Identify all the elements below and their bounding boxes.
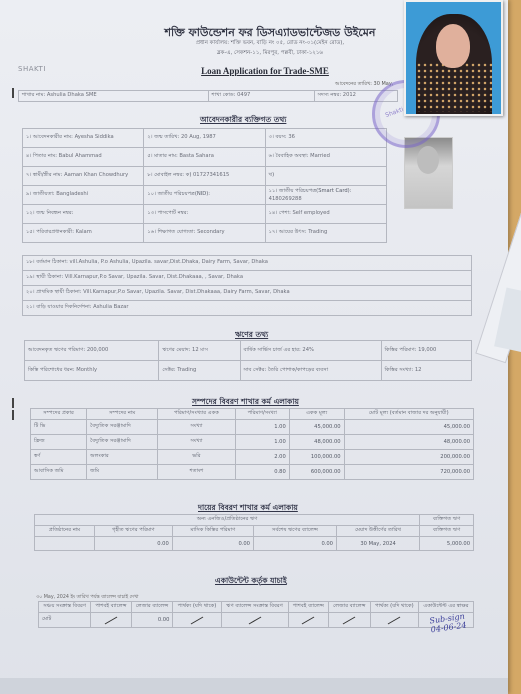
liabilities-table: অন্য এনজিও/প্রতিষ্ঠানের ঋণব্যক্তিগত ঋণপ্… [34, 514, 474, 551]
field-label: ১৪। পেশা: [269, 210, 293, 216]
check-cell [288, 613, 328, 628]
field-value: Babul Ahammad [59, 153, 102, 159]
table-row: ১৮। বর্তমান ঠিকানা: vill.Ashulia, P.o As… [23, 256, 472, 271]
personal-field: ৬। বৈবাহিক অবস্থা: Married [265, 148, 386, 167]
address-field: ২১। বাড়ি যাওয়ার দিকনির্দেশনা: Ashulia … [23, 301, 472, 316]
field-label: ১৫। পরিবারপ্রধানকারী: [26, 229, 76, 235]
column-header: ঋণ ব্যালেন্স সংক্রান্ত বিবরণ [221, 602, 288, 613]
personal-field: ৪। পিতার নাম: Babul Ahammad [23, 148, 144, 167]
field-label: সেক্টর: [162, 367, 177, 373]
member-no-label: সদস্য নম্বর: [318, 92, 342, 98]
personal-field: ২। জন্ম তারিখ: 20 Aug, 1987 [144, 129, 265, 148]
field-value: Aaman Khan Chowdhury [64, 172, 128, 178]
assets-table: সম্পদের প্রকারসম্পদের নামপরিমাণ/সংখ্যার … [30, 408, 474, 480]
check-cell [91, 613, 131, 628]
table-header-row: সঞ্চয় সংক্রান্ত বিবরণপাশবই ব্যালেন্সলেজ… [39, 602, 474, 613]
branch-name: Ashulia Dhaka SME [47, 92, 97, 98]
column-header: সঞ্চয় সংক্রান্ত বিবরণ [39, 602, 91, 613]
table-row: স্বর্ণঅলংকারভরি2.00100,000.00200,000.00 [31, 450, 474, 465]
field-label: ১। আবেদনকারীর নাম: [26, 134, 75, 140]
table-row: ১২। জন্ম নিবন্ধন নম্বর: ১৩। পাসপোর্ট নম্… [23, 205, 387, 224]
field-value: Vill.Karnapur,P.o Savar, Upazila. Savar,… [65, 274, 243, 280]
field-label: কিস্তির সংখ্যা: [385, 367, 415, 373]
table-row: কিস্তি পরিশোধের ধরন: Monthlyসেক্টর: Trad… [25, 361, 472, 381]
personal-field: ১৫। পরিবারপ্রধানকারী: Kalam [23, 224, 144, 243]
field-value: Basta Sahara [179, 153, 214, 159]
field-value: 24% [302, 347, 314, 353]
total-row: মোট0.00 [39, 613, 474, 628]
field-label: ২। জন্ম তারিখ: [147, 134, 181, 140]
asset-cell: অলংকার [87, 450, 158, 465]
table-header-row: সম্পদের প্রকারসম্পদের নামপরিমাণ/সংখ্যার … [31, 409, 474, 420]
tick-mark [388, 617, 401, 625]
column-header: সম্পদের নাম [87, 409, 158, 420]
table-row: ৪। পিতার নাম: Babul Ahammad৫। মাতার নাম:… [23, 148, 387, 167]
field-label: ২১। বাড়ি যাওয়ার দিকনির্দেশনা: [26, 304, 93, 310]
asset-cell: ভরি [158, 450, 235, 465]
asset-cell: 200,000.00 [344, 450, 473, 465]
table-group-row: অন্য এনজিও/প্রতিষ্ঠানের ঋণব্যক্তিগত ঋণ [35, 515, 474, 526]
asset-cell: বৈদ্যুতিক সরঞ্জামাদি [87, 420, 158, 435]
accountant-check-table: সঞ্চয় সংক্রান্ত বিবরণপাশবই ব্যালেন্সলেজ… [38, 601, 474, 628]
personal-info-title: আবেদনকারীর ব্যক্তিগত তথ্য [200, 115, 286, 127]
field-label: ৯। জাতীয়তা: [26, 191, 56, 197]
field-value: Trading [308, 229, 327, 235]
field-label: কিস্তির পরিমাণ: [385, 347, 419, 353]
field-label: খ) [269, 172, 274, 178]
column-header: মোট মূল্য (বর্তমান বাজার দর অনুযায়ী) [344, 409, 473, 420]
loan-field: কিস্তি পরিশোধের ধরন: Monthly [25, 361, 159, 381]
branch-info-table: শাখার নাম: Ashulia Dhaka SME শাখা কোড: 0… [18, 90, 398, 102]
field-label: আবেদনকৃত ঋণের পরিমাণ: [28, 347, 87, 353]
asset-cell: জমি [87, 465, 158, 480]
column-header: লেজার ব্যালেন্স [131, 602, 173, 613]
loan-field: কিস্তির সংখ্যা: 12 [381, 361, 472, 381]
asset-cell: 2.00 [235, 450, 289, 465]
column-header: সম্পদের প্রকার [31, 409, 87, 420]
field-label: ১০। জাতীয় পরিচয়পত্র(NID): [147, 191, 210, 197]
total-label: মোট [39, 613, 91, 628]
applicant-photo-bw [404, 137, 453, 209]
applicant-photo [404, 0, 503, 116]
personal-field: ১১। জাতীয় পরিচয়পত্র(Smart Card): 41802… [265, 186, 386, 205]
check-cell [173, 613, 221, 628]
field-label: ৫। মাতার নাম: [147, 153, 179, 159]
field-label: বার্ষিক সার্ভিস চার্জ এর হার: [244, 347, 303, 353]
liability-cell: 0.00 [95, 537, 173, 551]
tick-mark [105, 617, 118, 625]
table-row: 0.000.000.0030 May, 20245,000.00 [35, 537, 474, 551]
column-header: পাশবই ব্যালেন্স [91, 602, 131, 613]
tick-mark [191, 617, 204, 625]
table-row: ১৯। স্থায়ী ঠিকানা: Vill.Karnapur,P.o Sa… [23, 271, 472, 286]
table-row: ১। আবেদনকারীর নাম: Ayesha Siddika২। জন্ম… [23, 129, 387, 148]
member-no: 2012 [343, 92, 356, 98]
address-field: ১৯। স্থায়ী ঠিকানা: Vill.Karnapur,P.o Sa… [23, 271, 472, 286]
field-value: vill.Ashulia, P.o Ashulia, Upazila. sava… [70, 259, 268, 265]
field-label: ৭। স্বামী/স্ত্রীর নাম: [26, 172, 64, 178]
personal-field: ১৬। শিক্ষাগত যোগ্যতা: Secondary [144, 224, 265, 243]
liability-cell [35, 537, 95, 551]
field-value: 20 Aug, 1987 [181, 134, 216, 140]
field-label: ৬। বৈবাহিক অবস্থা: [269, 153, 310, 159]
field-value: Ashulia Bazar [93, 304, 128, 310]
field-label: ১৩। পাসপোর্ট নম্বর: [147, 210, 188, 216]
asset-cell: 0.80 [235, 465, 289, 480]
field-value: 36 [288, 134, 295, 140]
check-cell [329, 613, 371, 628]
column-header: মেয়াদ উত্তীর্ণের তারিখ [337, 526, 420, 537]
field-label: ১২। জন্ম নিবন্ধন নম্বর: [26, 210, 74, 216]
field-label: ৩। বয়স: [269, 134, 289, 140]
personal-info-table: ১। আবেদনকারীর নাম: Ayesha Siddika২। জন্ম… [22, 128, 387, 243]
field-value: Kalam [76, 229, 92, 235]
field-label: ঋণের মেয়াদ: [162, 347, 192, 353]
loan-field: সেক্টর: Trading [159, 361, 240, 381]
personal-field: ৫। মাতার নাম: Basta Sahara [144, 148, 265, 167]
asset-cell: 600,000.00 [289, 465, 344, 480]
loan-field: কিস্তির পরিমাণ: 19,000 [381, 341, 472, 361]
loan-field: আবেদনকৃত ঋণের পরিমাণ: 200,000 [25, 341, 159, 361]
field-value: Bangladeshi [56, 191, 88, 197]
loan-info-table: আবেদনকৃত ঋণের পরিমাণ: 200,000ঋণের মেয়াদ… [24, 340, 472, 381]
field-label: ১৬। শিক্ষাগত যোগ্যতা: [147, 229, 197, 235]
field-value: 19,000 [418, 347, 436, 353]
field-value: Married [310, 153, 330, 159]
table-row: ফ্রিজবৈদ্যুতিক সরঞ্জামাদিসংখ্যা1.0048,00… [31, 435, 474, 450]
asset-cell: আবাসিক জমি [31, 465, 87, 480]
field-value: Ayesha Siddika [75, 134, 114, 140]
table-row: ১৫। পরিবারপ্রধানকারী: Kalam১৬। শিক্ষাগত … [23, 224, 387, 243]
field-label: কিস্তি পরিশোধের ধরন: [28, 367, 76, 373]
asset-cell: 720,000.00 [344, 465, 473, 480]
branch-code-label: শাখা কোড: [212, 92, 236, 98]
column-header: পাশবই ব্যালেন্স [288, 602, 328, 613]
column-header: গৃহীত ঋণের পরিমাণ [95, 526, 173, 537]
photo-pattern [416, 62, 492, 112]
loan-field: বার্ষিক সার্ভিস চার্জ এর হার: 24% [240, 341, 381, 361]
asset-cell: স্বর্ণ [31, 450, 87, 465]
field-value: 12 [415, 367, 422, 373]
column-header: পার্থক্য (যদি থাকে) [370, 602, 418, 613]
column-header: একাউন্টেন্ট এর স্বাক্ষর [418, 602, 473, 613]
field-value: 200,000 [87, 347, 108, 353]
org-address-line1: প্রধান কার্যালয়: শক্তি ভবন, বাড়ি নং ০৫… [120, 40, 420, 48]
field-value: Monthly [76, 367, 97, 373]
liability-cell: 5,000.00 [420, 537, 474, 551]
form-title: Loan Application for Trade-SME [150, 66, 380, 76]
margin-mark [12, 410, 14, 420]
personal-field: ১০। জাতীয় পরিচয়পত্র(NID): [144, 186, 265, 205]
column-header: সর্বশেষ ঋণের ব্যালেন্স [254, 526, 337, 537]
asset-cell: টি ভি [31, 420, 87, 435]
address-field: ২০। প্রাথমিক স্থায়ী ঠিকানা: Vill.Karnap… [23, 286, 472, 301]
personal-field: ৩। বয়স: 36 [265, 129, 386, 148]
branch-name-label: শাখার নাম: [22, 92, 45, 98]
field-value: Secondary [197, 229, 224, 235]
column-header: পার্থক্য (যদি থাকে) [173, 602, 221, 613]
field-label: ১৮। বর্তমান ঠিকানা: [26, 259, 70, 265]
org-logo: SHAKTI [18, 65, 46, 73]
asset-cell: 45,000.00 [344, 420, 473, 435]
check-cell: 0.00 [131, 613, 173, 628]
column-header: একক মূল্য [289, 409, 344, 420]
asset-cell: 1.00 [235, 435, 289, 450]
table-row: আবেদনকৃত ঋণের পরিমাণ: 200,000ঋণের মেয়াদ… [25, 341, 472, 361]
tick-mark [302, 617, 315, 625]
personal-field: ৯। জাতীয়তা: Bangladeshi [23, 186, 144, 205]
personal-field: ১৩। পাসপোর্ট নম্বর: [144, 205, 265, 224]
liability-cell: 0.00 [254, 537, 337, 551]
loan-field: ঋণের মেয়াদ: 12 মাস [159, 341, 240, 361]
field-value: 01727341615 [193, 172, 229, 178]
personal-field: ১২। জন্ম নিবন্ধন নম্বর: [23, 205, 144, 224]
tick-mark [248, 617, 261, 625]
paper-edge [0, 678, 508, 694]
table-row: টি ভিবৈদ্যুতিক সরঞ্জামাদিসংখ্যা1.0045,00… [31, 420, 474, 435]
column-header: প্রতিষ্ঠানের নাম [35, 526, 95, 537]
asset-cell: 1.00 [235, 420, 289, 435]
column-header: পরিমাণ/সংখ্যার একক [158, 409, 235, 420]
asset-cell: 45,000.00 [289, 420, 344, 435]
asset-cell: সংখ্যা [158, 420, 235, 435]
field-value: Trading [177, 367, 196, 373]
asset-cell: ফ্রিজ [31, 435, 87, 450]
table-row: ২১। বাড়ি যাওয়ার দিকনির্দেশনা: Ashulia … [23, 301, 472, 316]
personal-field: ৭। স্বামী/স্ত্রীর নাম: Aaman Khan Chowdh… [23, 167, 144, 186]
field-label: ৪। পিতার নাম: [26, 153, 59, 159]
asset-cell: সংখ্যা [158, 435, 235, 450]
column-header: লেজার ব্যালেন্স [329, 602, 371, 613]
field-value: 4180269288 [269, 196, 302, 202]
photo-face [436, 24, 470, 68]
personal-field: খ) [265, 167, 386, 186]
address-field: ১৮। বর্তমান ঠিকানা: vill.Ashulia, P.o As… [23, 256, 472, 271]
personal-field: ৮। মোবাইল নম্বর: ক) 01727341615 [144, 167, 265, 186]
table-row: ৯। জাতীয়তা: Bangladeshi১০। জাতীয় পরিচয… [23, 186, 387, 205]
margin-mark [12, 398, 14, 408]
column-header: ব্যক্তিগত ঋণ [420, 515, 474, 526]
personal-field: ১। আবেদনকারীর নাম: Ayesha Siddika [23, 129, 144, 148]
accountant-check-title: একাউন্টেন্ট কর্তৃক যাচাই [215, 576, 287, 588]
branch-code: 0497 [237, 92, 250, 98]
field-label: ১৯। স্থায়ী ঠিকানা: [26, 274, 65, 280]
address-table: ১৮। বর্তমান ঠিকানা: vill.Ashulia, P.o As… [22, 255, 472, 316]
asset-cell: 48,000.00 [289, 435, 344, 450]
check-cell [221, 613, 288, 628]
asset-cell: বৈদ্যুতিক সরঞ্জামাদি [87, 435, 158, 450]
personal-field: ১৭। আয়ের উৎস: Trading [265, 224, 386, 243]
field-value: 12 মাস [192, 347, 208, 353]
asset-cell: শতাংশ [158, 465, 235, 480]
check-cell [370, 613, 418, 628]
table-header-row: প্রতিষ্ঠানের নামগৃহীত ঋণের পরিমাণমাসিক ক… [35, 526, 474, 537]
field-label: ২০। প্রাথমিক স্থায়ী ঠিকানা: [26, 289, 83, 295]
asset-cell: 100,000.00 [289, 450, 344, 465]
field-value: Self employed [293, 210, 330, 216]
field-label: ১১। জাতীয় পরিচয়পত্র(Smart Card): [269, 188, 352, 194]
table-row: আবাসিক জমিজমিশতাংশ0.80600,000.00720,000.… [31, 465, 474, 480]
tick-mark [343, 617, 356, 625]
personal-field: ১৪। পেশা: Self employed [265, 205, 386, 224]
field-label: ৮। মোবাইল নম্বর: ক) [147, 172, 193, 178]
column-header: ব্যক্তিগত ঋণ [420, 526, 474, 537]
margin-mark [12, 88, 14, 98]
loan-field: সাব সেক্টর: তৈরি পোশাক/কাপড়ের ব্যবসা [240, 361, 381, 381]
liability-cell: 30 May, 2024 [337, 537, 420, 551]
liability-cell: 0.00 [172, 537, 253, 551]
column-header: মাসিক কিস্তির পরিমাণ [172, 526, 253, 537]
table-row: ৭। স্বামী/স্ত্রীর নাম: Aaman Khan Chowdh… [23, 167, 387, 186]
asset-cell: 48,000.00 [344, 435, 473, 450]
field-value: Vill.Karnapur,P.o Savar, Upazila. Savar,… [83, 289, 290, 295]
field-label: সাব সেক্টর: তৈরি পোশাক/কাপড়ের ব্যবসা [244, 367, 329, 373]
group-header: অন্য এনজিও/প্রতিষ্ঠানের ঋণ [35, 515, 420, 526]
field-label: ১৭। আয়ের উৎস: [269, 229, 309, 235]
org-address-line2: ব্লক-এ, সেকশন-১১, মিরপুর, পল্লবী, ঢাকা-১… [120, 50, 420, 58]
column-header: পরিমাণ/সংখ্যা [235, 409, 289, 420]
table-row: ২০। প্রাথমিক স্থায়ী ঠিকানা: Vill.Karnap… [23, 286, 472, 301]
